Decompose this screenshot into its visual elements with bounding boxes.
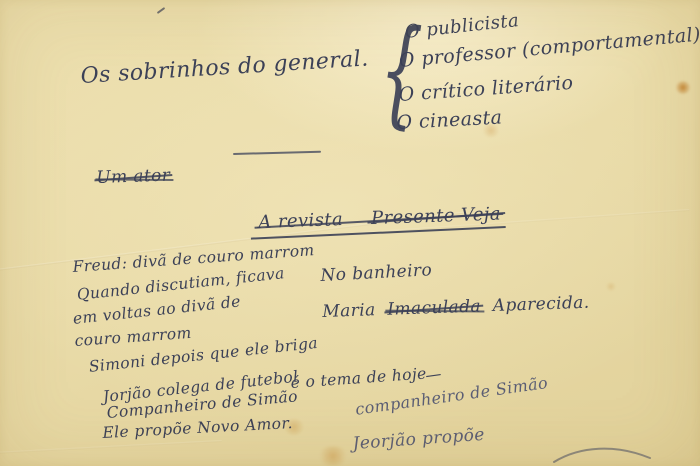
role-item-literary-critic: O crítico literário <box>398 72 574 106</box>
maria-struck-middle-name: Imaculada <box>387 296 481 319</box>
struck-text-revista: A revista <box>258 209 343 233</box>
manuscript-page: Os sobrinhos do general. { O publicista … <box>0 0 700 466</box>
paper-stain <box>606 282 616 291</box>
struck-text: Um ator <box>96 165 171 188</box>
note-tema-de-hoje: é o tema de hoje <box>290 364 427 391</box>
struck-text-presente-veja: Presente Veja <box>371 204 502 230</box>
note-no-banheiro: No banheiro <box>320 260 433 286</box>
pen-gap <box>343 224 371 225</box>
paper-stain <box>676 81 690 94</box>
paper-crease <box>0 440 222 454</box>
separator-stroke <box>233 151 321 155</box>
crossed-out-actor-line: Um ator <box>96 165 171 188</box>
note-couro-marrom: couro marrom <box>74 324 192 350</box>
ink-speck <box>157 7 166 14</box>
paper-stain <box>318 446 348 466</box>
note-jeorjao-propoe: Jeorjão propõe <box>352 425 485 454</box>
page-title: Os sobrinhos do general. <box>80 46 369 89</box>
cutoff-pen-stroke <box>552 444 656 466</box>
pen-dash-mark: — <box>424 364 443 385</box>
maria-last-name: Aparecida. <box>492 293 590 316</box>
struck-magazine-heading: A revistaPresente Veja <box>258 204 501 238</box>
note-maria-aparecida: Maria Imaculada Aparecida. <box>322 293 590 322</box>
role-item-filmmaker: O cineasta <box>396 106 503 134</box>
maria-first-name: Maria <box>322 300 376 322</box>
